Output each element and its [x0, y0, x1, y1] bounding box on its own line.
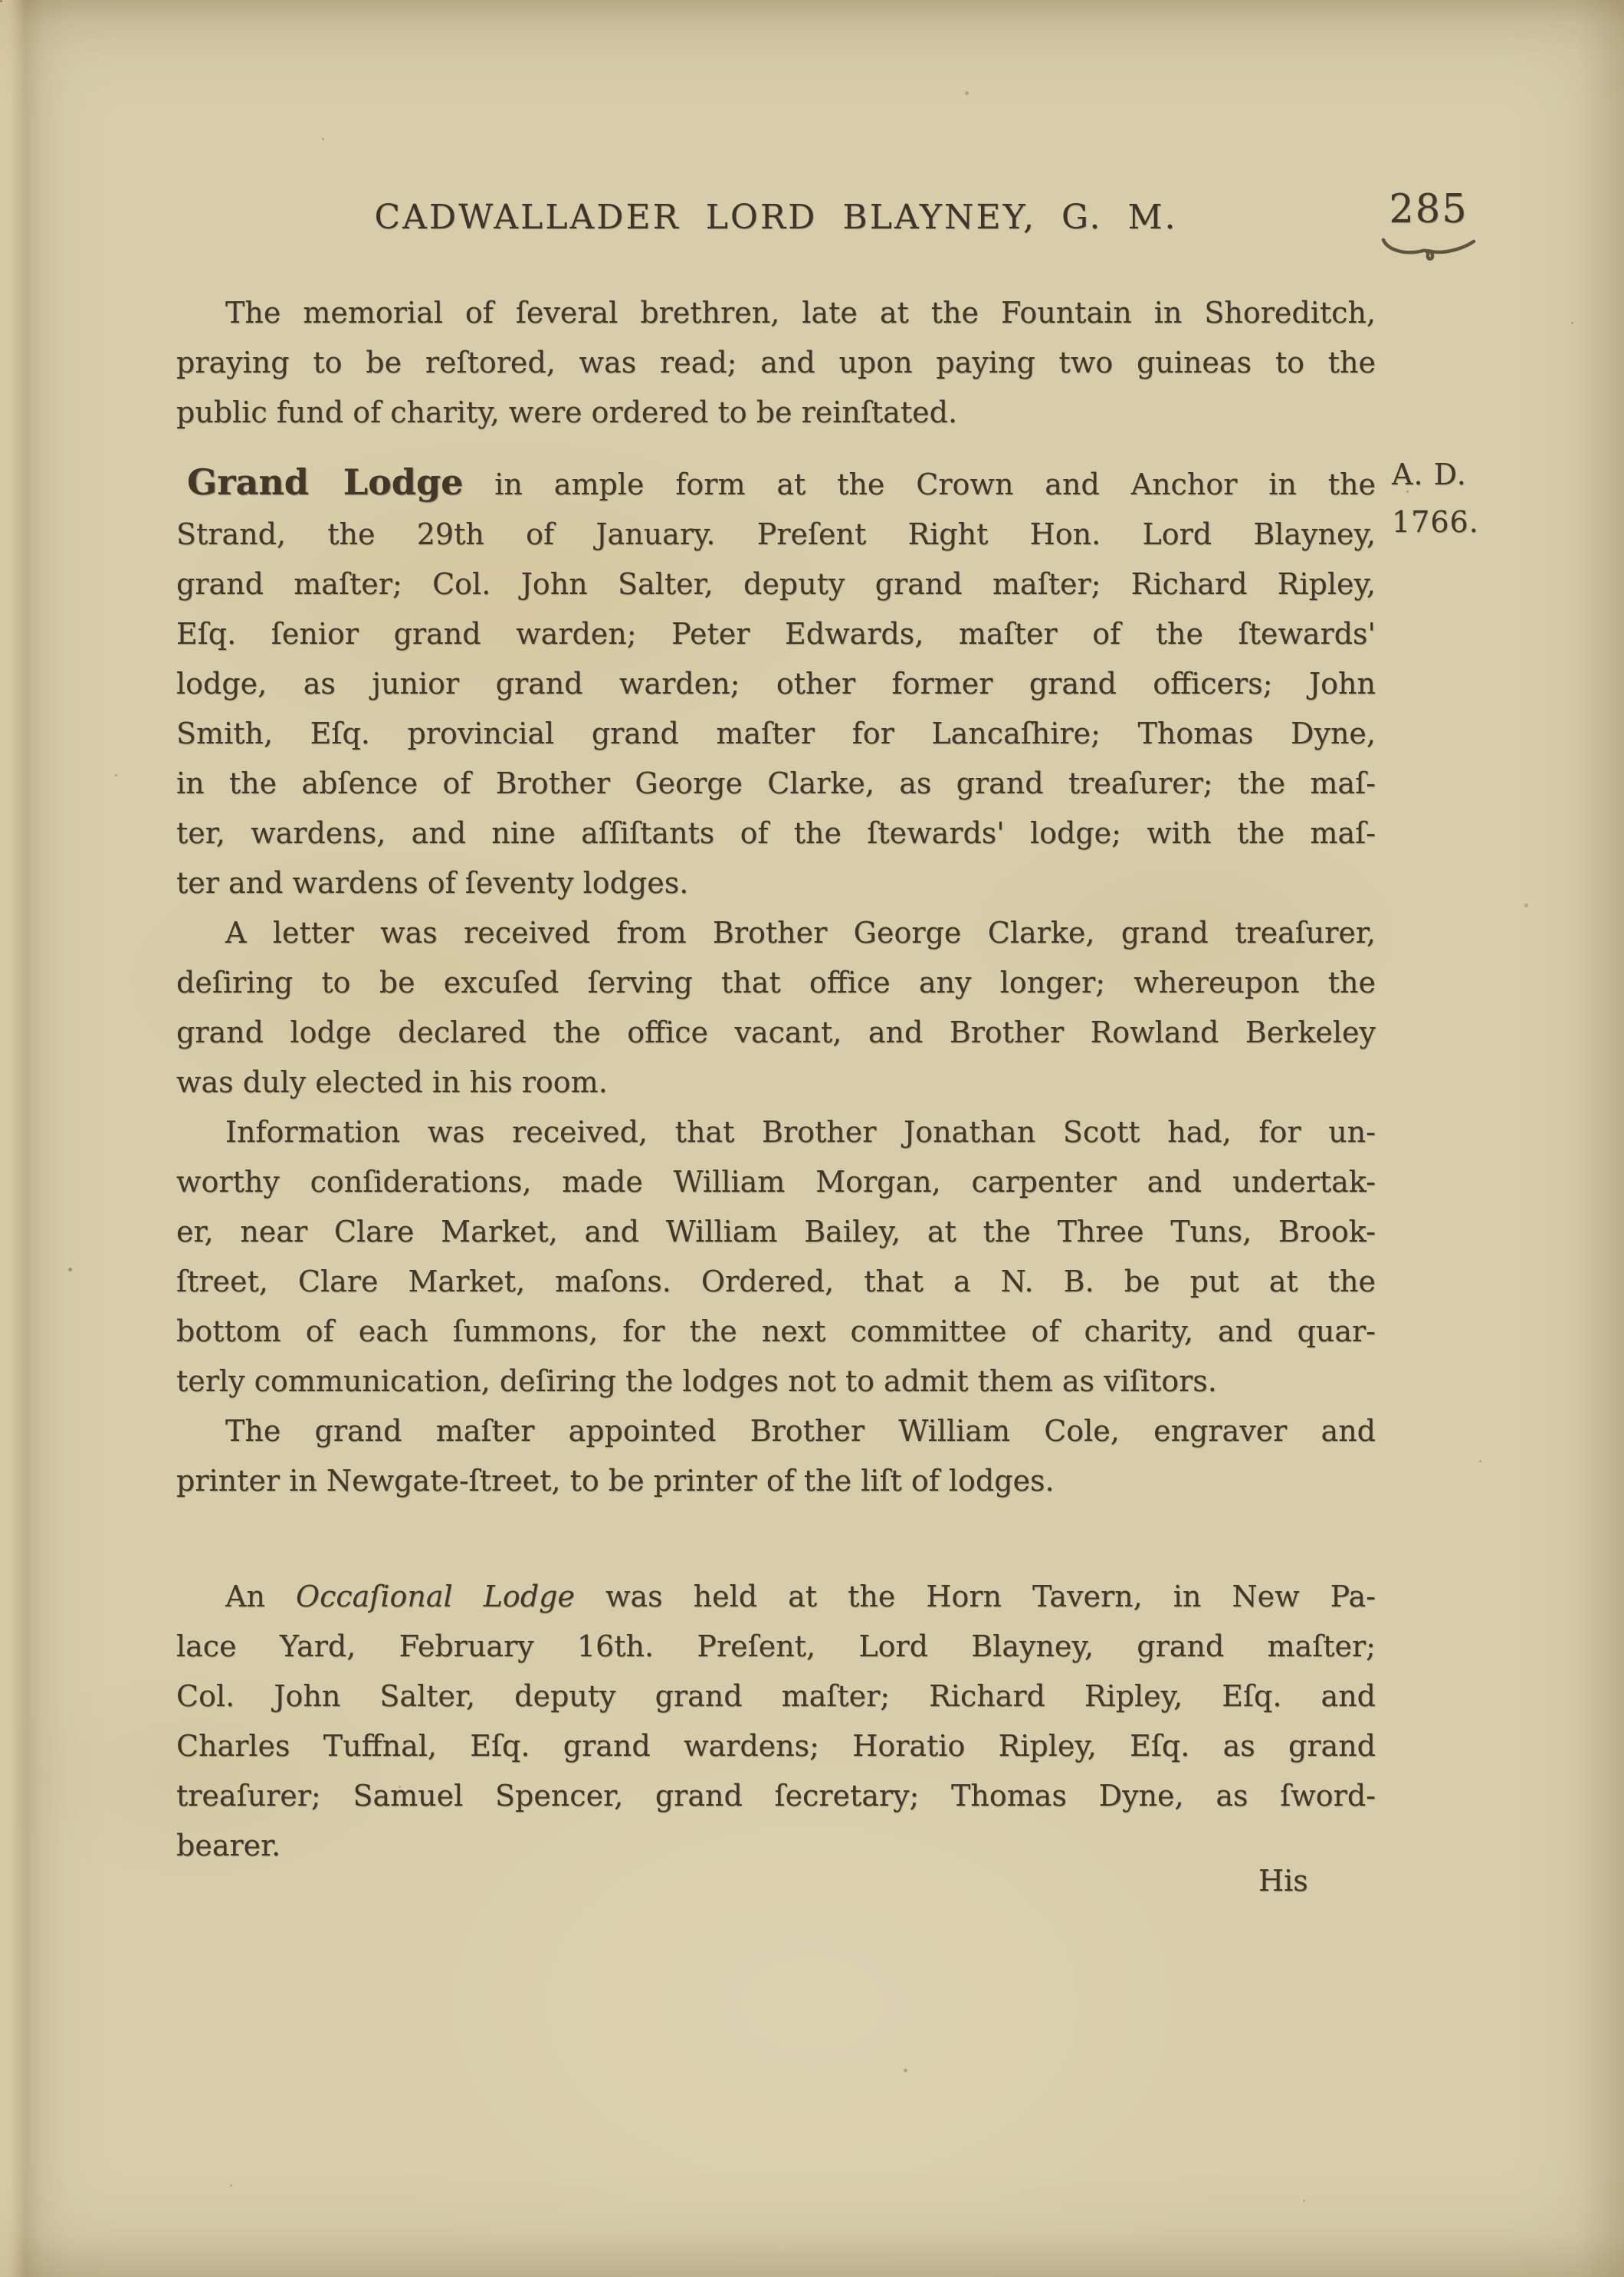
plain-text-segment: in ample form at the Crown and Anchor in… — [463, 468, 1376, 501]
text-line: treaſurer; Samuel Spencer, grand ſecreta… — [176, 1771, 1376, 1821]
text-line: Charles Tuffnal, Eſq. grand wardens; Hor… — [176, 1721, 1376, 1771]
text-line: worthy conſiderations, made William Morg… — [176, 1157, 1376, 1207]
text-line: public fund of charity, were ordered to … — [176, 388, 1376, 438]
text-line: was duly elected in his room. — [176, 1058, 1376, 1107]
text-line: Smith, Eſq. provincial grand maſter for … — [176, 709, 1376, 759]
text-line: ſtreet, Clare Market, maſons. Ordered, t… — [176, 1257, 1376, 1307]
text-line: grand maſter; Col. John Salter, deputy g… — [176, 559, 1376, 609]
paragraph: The grand maſter appointed Brother Willi… — [176, 1406, 1376, 1506]
text-line: The memorial of ſeveral brethren, late a… — [176, 288, 1376, 338]
text-line: Grand Lodge in ample form at the Crown a… — [176, 458, 1376, 510]
text-line: bearer. — [176, 1821, 1376, 1871]
page-number-block: 285 — [1376, 187, 1481, 264]
scanned-book-page: CADWALLADER LORD BLAYNEY, G. M. 285 A. D… — [0, 0, 1624, 2277]
italic-text-segment: Occaſional Lodge — [296, 1580, 575, 1613]
text-line: deſiring to be excuſed ſerving that offi… — [176, 958, 1376, 1008]
text-line: bottom of each ſummons, for the next com… — [176, 1307, 1376, 1357]
text-line: terly communication, deſiring the lodges… — [176, 1357, 1376, 1406]
text-line: in the abſence of Brother George Clarke,… — [176, 759, 1376, 809]
text-line: er, near Clare Market, and William Baile… — [176, 1207, 1376, 1257]
text-line: The grand maſter appointed Brother Willi… — [176, 1406, 1376, 1456]
paragraph: The memorial of ſeveral brethren, late a… — [176, 288, 1376, 438]
page-number-brace-ornament — [1380, 234, 1477, 264]
margin-note-line: 1766. — [1392, 498, 1479, 546]
text-line: printer in Newgate-ſtreet, to be printer… — [176, 1456, 1376, 1506]
plain-text-segment: An — [225, 1580, 296, 1613]
text-line: A letter was received from Brother Georg… — [176, 908, 1376, 958]
text-line: Col. John Salter, deputy grand maſter; R… — [176, 1672, 1376, 1721]
text-line: ter and wardens of ſeventy lodges. — [176, 858, 1376, 908]
running-header: CADWALLADER LORD BLAYNEY, G. M. — [176, 198, 1376, 237]
catchword: His — [1258, 1864, 1308, 1898]
text-line: lodge, as junior grand warden; other for… — [176, 659, 1376, 709]
page-number: 285 — [1376, 187, 1481, 232]
text-line: Information was received, that Brother J… — [176, 1107, 1376, 1157]
text-line: Eſq. ſenior grand warden; Peter Edwards,… — [176, 609, 1376, 659]
margin-note-line: A. D. — [1392, 451, 1479, 498]
paragraph: An Occaſional Lodge was held at the Horn… — [176, 1572, 1376, 1871]
text-line: ter, wardens, and nine aſſiſtants of the… — [176, 809, 1376, 858]
blackletter-text-segment: Grand Lodge — [187, 461, 463, 503]
paragraph: Information was received, that Brother J… — [176, 1107, 1376, 1406]
paper-specks — [0, 0, 2, 2]
text-line: praying to be reſtored, was read; and up… — [176, 338, 1376, 388]
paragraph: A letter was received from Brother Georg… — [176, 908, 1376, 1107]
plain-text-segment: was held at the Horn Tavern, in New Pa- — [575, 1580, 1376, 1613]
text-line: grand lodge declared the office vacant, … — [176, 1008, 1376, 1058]
text-line: An Occaſional Lodge was held at the Horn… — [176, 1572, 1376, 1622]
page-body-text: The memorial of ſeveral brethren, late a… — [176, 288, 1376, 1871]
margin-note-date: A. D. 1766. — [1392, 451, 1479, 546]
text-line: lace Yard, February 16th. Preſent, Lord … — [176, 1622, 1376, 1672]
text-line: Strand, the 29th of January. Preſent Rig… — [176, 510, 1376, 559]
paragraph: Grand Lodge in ample form at the Crown a… — [176, 458, 1376, 908]
